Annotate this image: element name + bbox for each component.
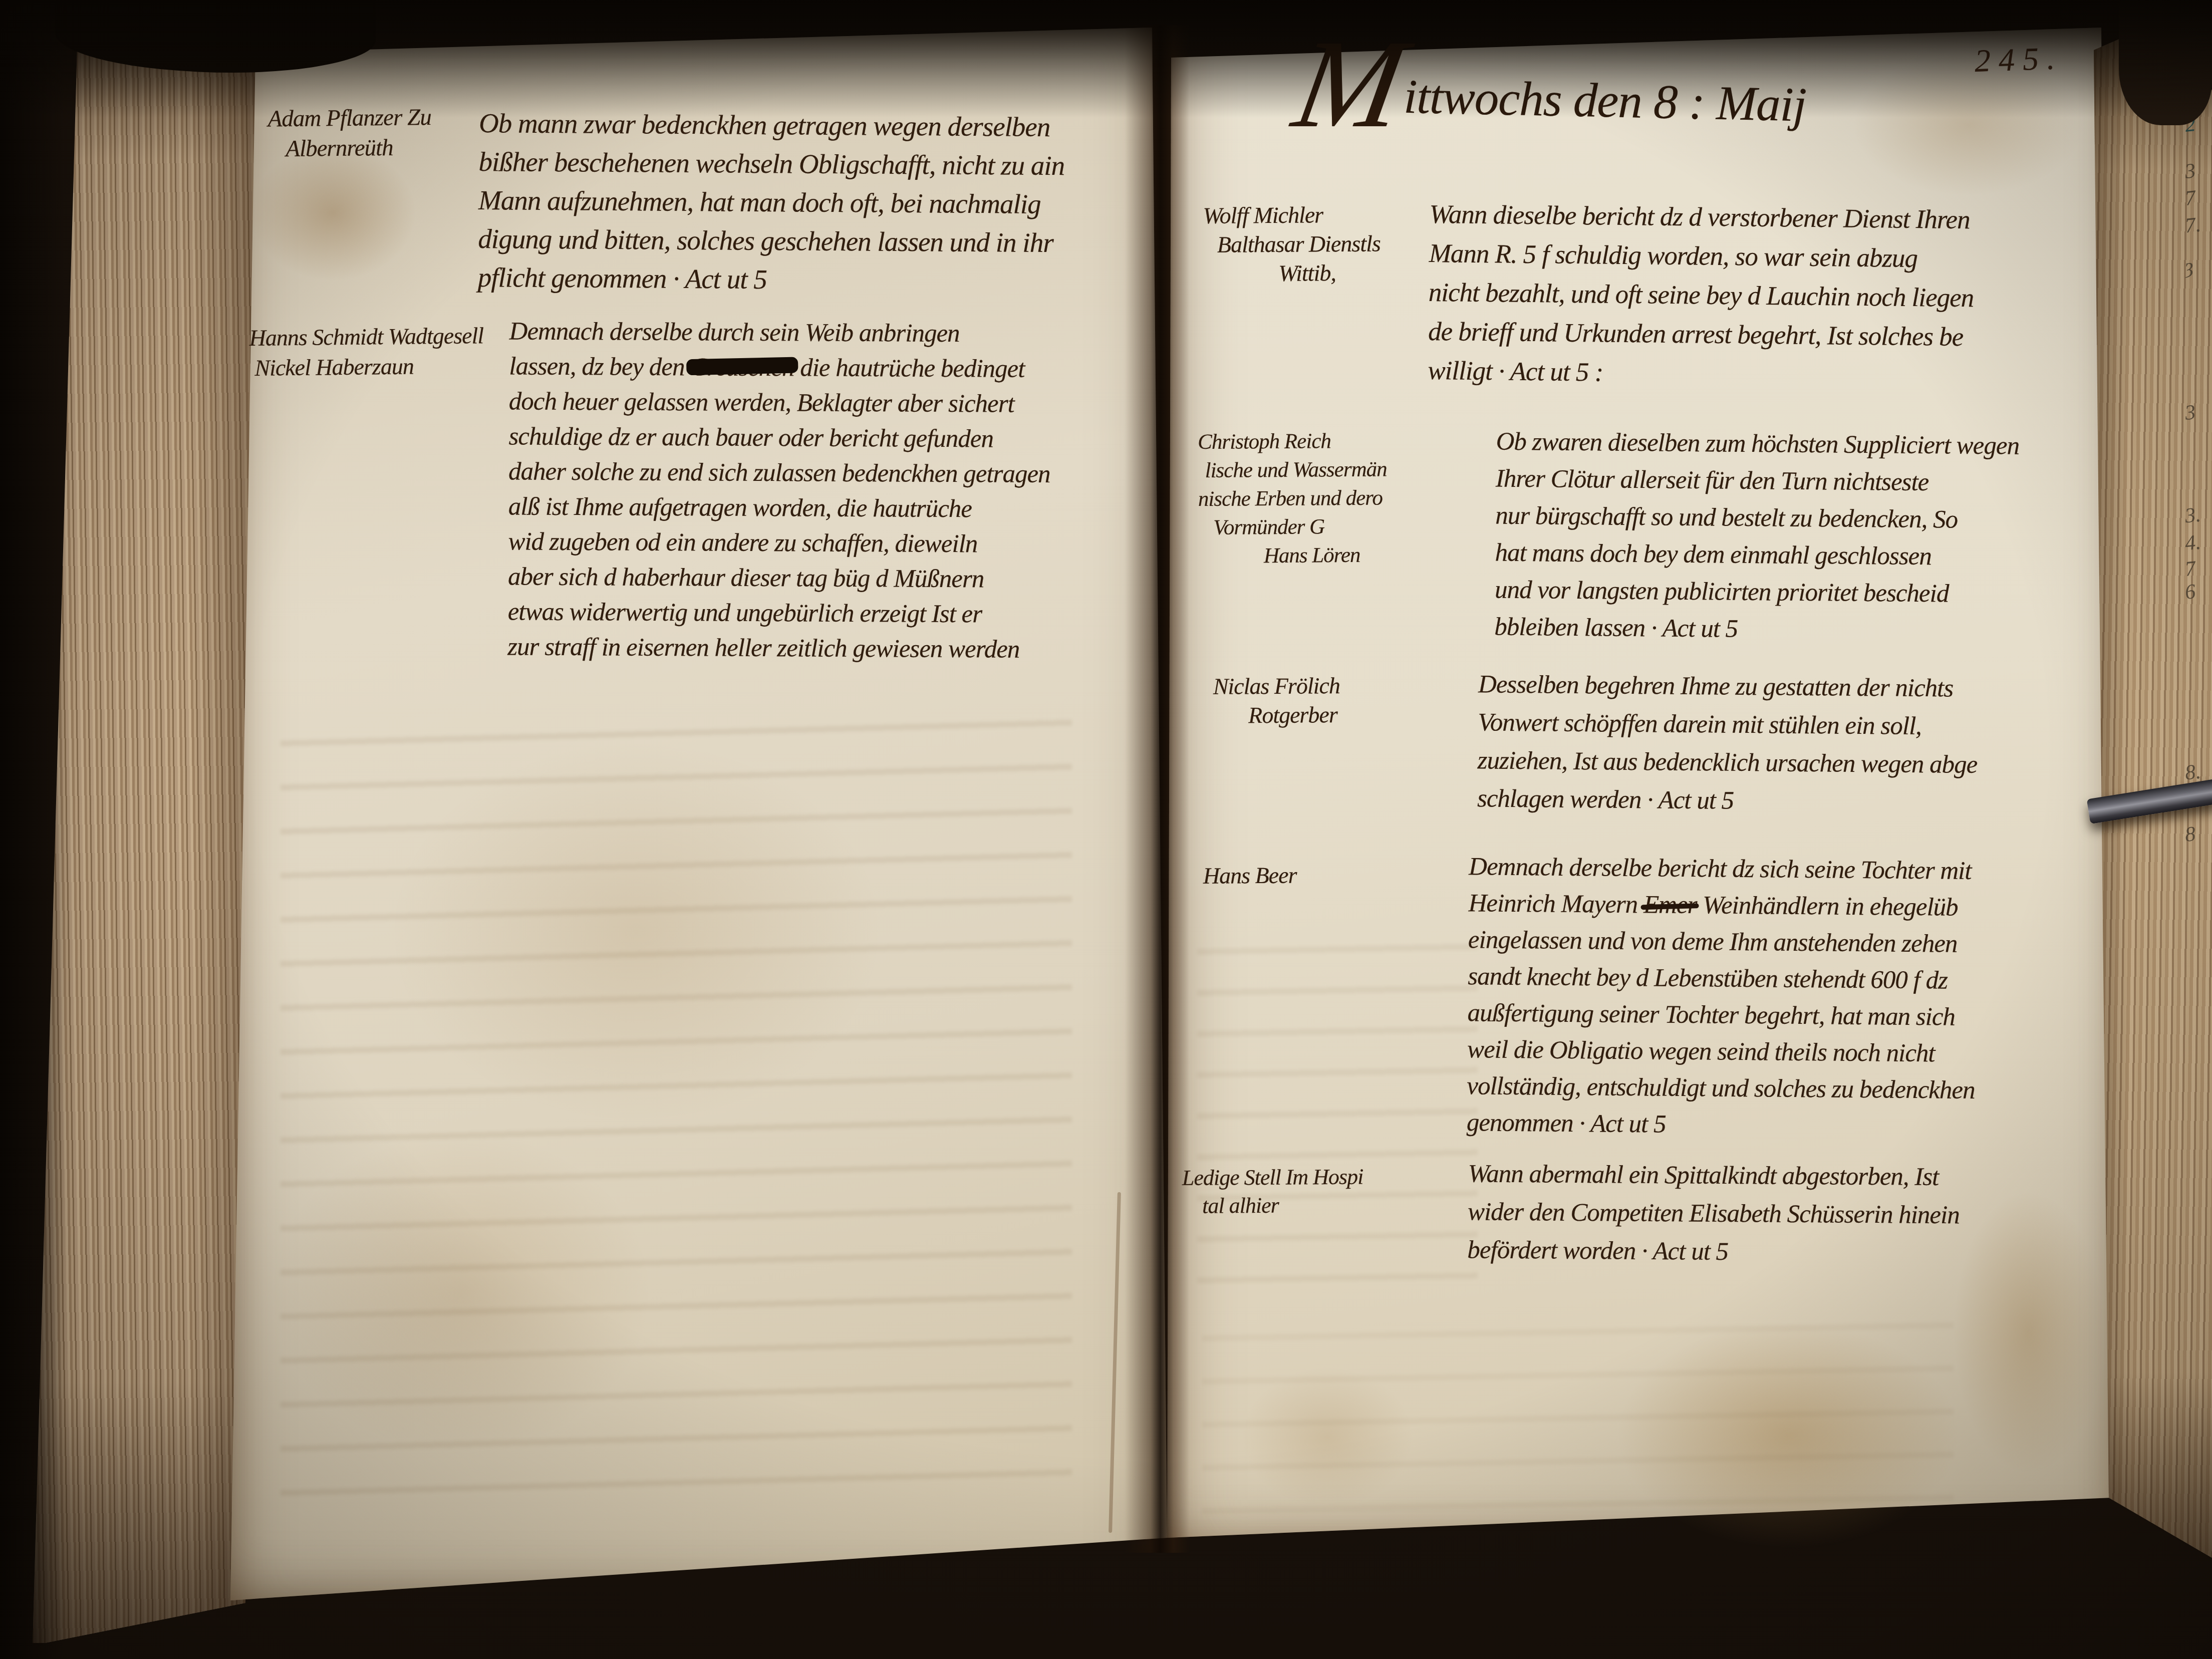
body-line: Mann R. 5 f schuldig worden, so war sein… — [1429, 234, 2105, 280]
body-line: weil die Obligatio wegen seind theils no… — [1467, 1031, 2129, 1074]
body-line: de brieff und Urkunden arrest begehrt, I… — [1428, 312, 2105, 358]
body-line: Vonwert schöpffen darein mit stühlen ein… — [1478, 703, 2129, 747]
margin-line: nische Erben und dero — [1198, 483, 1499, 513]
body-line: Ob zwaren dieselben zum höchsten Supplic… — [1496, 423, 2117, 466]
body-line: schlagen werden · Act ut 5 — [1477, 779, 2129, 823]
margin-line: Rotgerber — [1248, 699, 1474, 730]
margin-line: Vormünder G — [1213, 511, 1499, 542]
body-line: bißher beschehenen wechseln Obligschafft… — [478, 142, 1180, 186]
inked-out-word: Creüschen — [690, 353, 794, 382]
margin-line: Hans Beer — [1203, 860, 1464, 891]
body-line: zuziehen, Ist aus bedencklich ursachen w… — [1477, 741, 2129, 785]
body-line: daher solche zu end sich zulassen bedenc… — [508, 454, 1190, 492]
left-page-entry-body: Demnach derselbe durch sein Weib anbring… — [507, 314, 1191, 668]
margin-line: Niclas Frölich — [1213, 670, 1474, 701]
right-page-margin-note: Christoph Reichlische und Wassermännisch… — [1198, 426, 1499, 571]
body-line: schuldige dz er auch bauer oder bericht … — [508, 419, 1190, 457]
left-page-margin-note: Adam Pflanzer ZuAlbernreüth — [267, 101, 508, 164]
body-line: etwas widerwertig und ungebürlich erzeig… — [508, 594, 1189, 633]
margin-line: Hans Lören — [1264, 540, 1499, 570]
cover-corner — [2119, 0, 2212, 125]
right-page-margin-note: Ledige Stell Im Hospital alhier — [1182, 1162, 1473, 1220]
date-heading: Mittwochs den 8 : Maij — [1297, 26, 1806, 141]
body-line: vollständig, entschuldigt und solches zu… — [1467, 1068, 2128, 1111]
body-line: bbleiben lassen · Act ut 5 — [1494, 609, 2116, 651]
margin-line: tal alhier — [1202, 1190, 1473, 1220]
body-line: Demnach derselbe bericht dz sich seine T… — [1469, 849, 2130, 891]
margin-line: lische und Wassermän — [1205, 454, 1498, 485]
body-line: eingelassen und von deme Ihm anstehenden… — [1468, 922, 2130, 964]
margin-line: Hanns Schmidt Wadtgesell — [249, 320, 540, 353]
body-line: zur straff in eisernen heller zeitlich g… — [507, 629, 1189, 668]
ornamental-initial: M — [1287, 26, 1409, 141]
body-line: nur bürgschafft so und bestelt zu bedenc… — [1495, 497, 2117, 540]
left-page-margin-note: Hanns Schmidt WadtgesellNickel Haberzaun — [249, 320, 540, 383]
body-line: Ob mann zwar bedenckhen getragen wegen d… — [479, 104, 1181, 147]
body-line: Heinrich Mayern Emer Weinhändlern in ehe… — [1468, 885, 2130, 928]
body-line: Demnach derselbe durch sein Weib anbring… — [509, 314, 1190, 352]
body-line: Mann aufzunehmen, hat man doch oft, bei … — [478, 181, 1180, 224]
body-line: doch heuer gelassen werden, Beklagter ab… — [509, 384, 1190, 422]
body-line: pflicht genommen · Act ut 5 — [478, 258, 1180, 302]
struck-word: Emer — [1643, 891, 1697, 919]
margin-line: Christoph Reich — [1198, 426, 1498, 456]
right-page-margin-note: Hans Beer — [1203, 860, 1464, 891]
body-line: Wann abermahl ein Spittalkindt abgestorb… — [1468, 1155, 2119, 1197]
right-page-margin-note: Niclas FrölichRotgerber — [1213, 670, 1474, 730]
left-page-stack-shading — [15, 13, 265, 1643]
margin-line: Nickel Haberzaun — [254, 350, 540, 383]
right-page-entry-body: Demnach derselbe bericht dz sich seine T… — [1466, 849, 2130, 1147]
body-line: außfertigung seiner Tochter begehrt, hat… — [1467, 995, 2129, 1037]
body-line: befördert worden · Act ut 5 — [1467, 1231, 2118, 1273]
body-line: aber sich d haberhaur dieser tag büg d M… — [508, 559, 1189, 598]
body-line: wid zugeben od ein andere zu schaffen, d… — [508, 524, 1189, 563]
margin-line: Ledige Stell Im Hospi — [1182, 1162, 1473, 1192]
page-number: 245. — [1974, 40, 2063, 80]
fore-edge-digit: 4. — [2184, 530, 2202, 556]
right-page-entry-body: Wann dieselbe bericht dz d verstorbener … — [1428, 195, 2106, 397]
date-heading-text: ittwochs den 8 : Maij — [1398, 69, 1807, 145]
body-line: genommen · Act ut 5 — [1466, 1104, 2128, 1147]
margin-line: Adam Pflanzer Zu — [267, 101, 508, 134]
body-line: Wann dieselbe bericht dz d verstorbener … — [1429, 195, 2106, 241]
body-line: Ihrer Clötur allerseit für den Turn nich… — [1496, 460, 2117, 503]
body-line: wider den Competiten Elisabeth Schüsseri… — [1468, 1193, 2119, 1235]
body-line: nicht bezahlt, und oft seine bey d Lauch… — [1429, 273, 2105, 319]
left-page-entry-body: Ob mann zwar bedenckhen getragen wegen d… — [478, 104, 1181, 302]
body-line: sandt knecht bey d Lebenstüben stehendt … — [1468, 958, 2129, 1001]
body-line: alß ist Ihme aufgetragen worden, die hau… — [508, 489, 1190, 527]
body-line: willigt · Act ut 5 : — [1428, 351, 2104, 397]
fore-edge-digit: 3. — [2184, 502, 2202, 528]
right-page-entry-body: Ob zwaren dieselben zum höchsten Supplic… — [1494, 423, 2117, 651]
fore-edge-digit: 7. — [2184, 212, 2202, 238]
manuscript-photo: { "book": { "page_number": "245.", "head… — [0, 0, 2212, 1659]
right-page-entry-body: Wann abermahl ein Spittalkindt abgestorb… — [1467, 1155, 2119, 1273]
body-line: Desselben begehren Ihme zu gestatten der… — [1478, 665, 2130, 709]
margin-line: Albernreüth — [286, 131, 509, 164]
body-line: digung und bitten, solches geschehen las… — [478, 219, 1180, 263]
right-page-entry-body: Desselben begehren Ihme zu gestatten der… — [1477, 665, 2130, 823]
body-line: und vor langsten publicirten prioritet b… — [1495, 572, 2116, 614]
body-line: lassen, dz bey den Creüschen die hautrüc… — [509, 349, 1190, 387]
body-line: hat mans doch bey dem einmahl geschlosse… — [1495, 534, 2116, 577]
